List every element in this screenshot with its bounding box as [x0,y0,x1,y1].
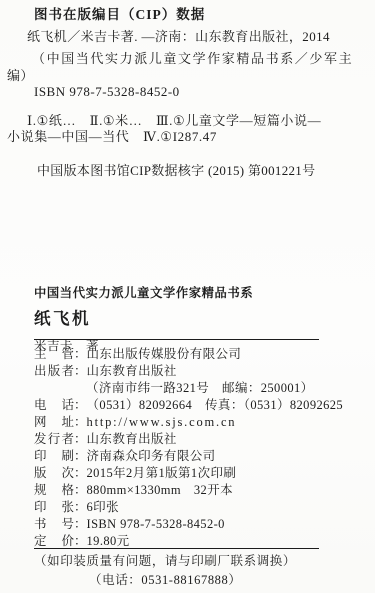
colophon-value: （0531）82092664 传真：（0531）82092625 [87,398,344,412]
colophon-value: 6印张 [87,500,119,514]
colophon-value: 济南森众印务有限公司 [87,449,216,463]
colophon-row-website: 网址：http://www.sjs.com.cn [34,414,369,431]
colophon-colon: ： [74,431,87,448]
colophon-value: 山东教育出版社 [87,364,177,378]
colophon-label: 印刷 [34,448,74,465]
colophon-colon: ： [74,516,87,533]
colophon-block: 主管：山东出版传媒股份有限公司 出版者：山东教育出版社 （济南市纬一路321号 … [34,346,369,550]
colophon-colon: ： [74,363,87,380]
colophon-colon: ： [74,346,87,363]
divider-top [34,339,319,340]
colophon-label: 版次 [34,465,74,482]
colophon-colon: ： [74,465,87,482]
colophon-colon: ： [74,448,87,465]
colophon-value: （济南市纬一路321号 邮编：250001） [86,381,314,395]
book-title: 纸飞机 [34,305,367,329]
cip-record-number: 中国版本图书馆CIP数据核字 (2015) 第001221号 [37,164,367,178]
cip-series-statement-line1: （中国当代实力派儿童文学作家精品书系／少军主 [32,52,367,66]
colophon-value: 2015年2月第1版第1次印刷 [87,466,237,480]
colophon-label: 印张 [34,499,74,516]
divider-bottom [34,548,319,549]
colophon-value: 山东出版传媒股份有限公司 [87,347,242,361]
book-heading-block: 中国当代实力派儿童文学作家精品书系 纸飞机 米吉卡 著 [34,283,367,354]
cip-block: 图书在版编目（CIP）数据 纸飞机／米吉卡著. —济南：山东教育出版社，2014… [34,8,367,178]
quality-note: （如印装质量有问题，请与印刷厂联系调换） [34,554,367,568]
colophon-row-printer: 印刷：济南森众印务有限公司 [34,448,369,465]
colophon-row-publisher: 出版者：山东教育出版社 [34,363,369,380]
footer-block: （如印装质量有问题，请与印刷厂联系调换） （电话：0531-88167888） [34,554,367,587]
colophon-colon: ： [74,397,87,414]
colophon-label: 主管 [34,346,74,363]
colophon-row-edition: 版次：2015年2月第1版第1次印刷 [34,465,369,482]
colophon-label: 出版者 [34,363,74,380]
colophon-value: 880mm×1330mm 32开本 [87,483,234,497]
colophon-row-isbn: 书号：ISBN 978-7-5328-8452-0 [34,516,369,533]
copyright-page: 图书在版编目（CIP）数据 纸飞机／米吉卡著. —济南：山东教育出版社，2014… [0,0,375,593]
colophon-label: 规格 [34,482,74,499]
colophon-value: 山东教育出版社 [87,432,177,446]
book-series-name: 中国当代实力派儿童文学作家精品书系 [34,283,367,301]
cip-isbn: ISBN 978-7-5328-8452-0 [34,85,367,99]
cip-classification-line1: Ⅰ.①纸… Ⅱ.①米… Ⅲ.①儿童文学—短篇小说— [27,114,367,128]
cip-series-statement-line2: 编） [7,69,367,83]
colophon-label: 书号 [34,516,74,533]
service-phone: （电话：0531-88167888） [89,573,367,587]
colophon-row-format: 规格：880mm×1330mm 32开本 [34,482,369,499]
colophon-label: 电话 [34,397,74,414]
colophon-value: 19.80元 [87,534,130,548]
colophon-row-telephone: 电话：（0531）82092664 传真：（0531）82092625 [34,397,369,414]
colophon-value-url: http://www.sjs.com.cn [87,415,237,429]
colophon-row-supervisor: 主管：山东出版传媒股份有限公司 [34,346,369,363]
colophon-label: 发行者 [34,431,74,448]
colophon-colon: ： [74,482,87,499]
colophon-row-address: （济南市纬一路321号 邮编：250001） [34,380,369,397]
colophon-value: ISBN 978-7-5328-8452-0 [87,517,225,531]
cip-classification-line2: 小说集—中国—当代 Ⅳ.①I287.47 [7,130,367,144]
colophon-row-distributor: 发行者：山东教育出版社 [34,431,369,448]
cip-heading: 图书在版编目（CIP）数据 [34,8,367,22]
colophon-label: 网址 [34,414,74,431]
colophon-colon: ： [74,499,87,516]
cip-title-statement: 纸飞机／米吉卡著. —济南：山东教育出版社，2014 [27,30,367,44]
colophon-row-sheets: 印张：6印张 [34,499,369,516]
colophon-colon: ： [74,414,87,431]
